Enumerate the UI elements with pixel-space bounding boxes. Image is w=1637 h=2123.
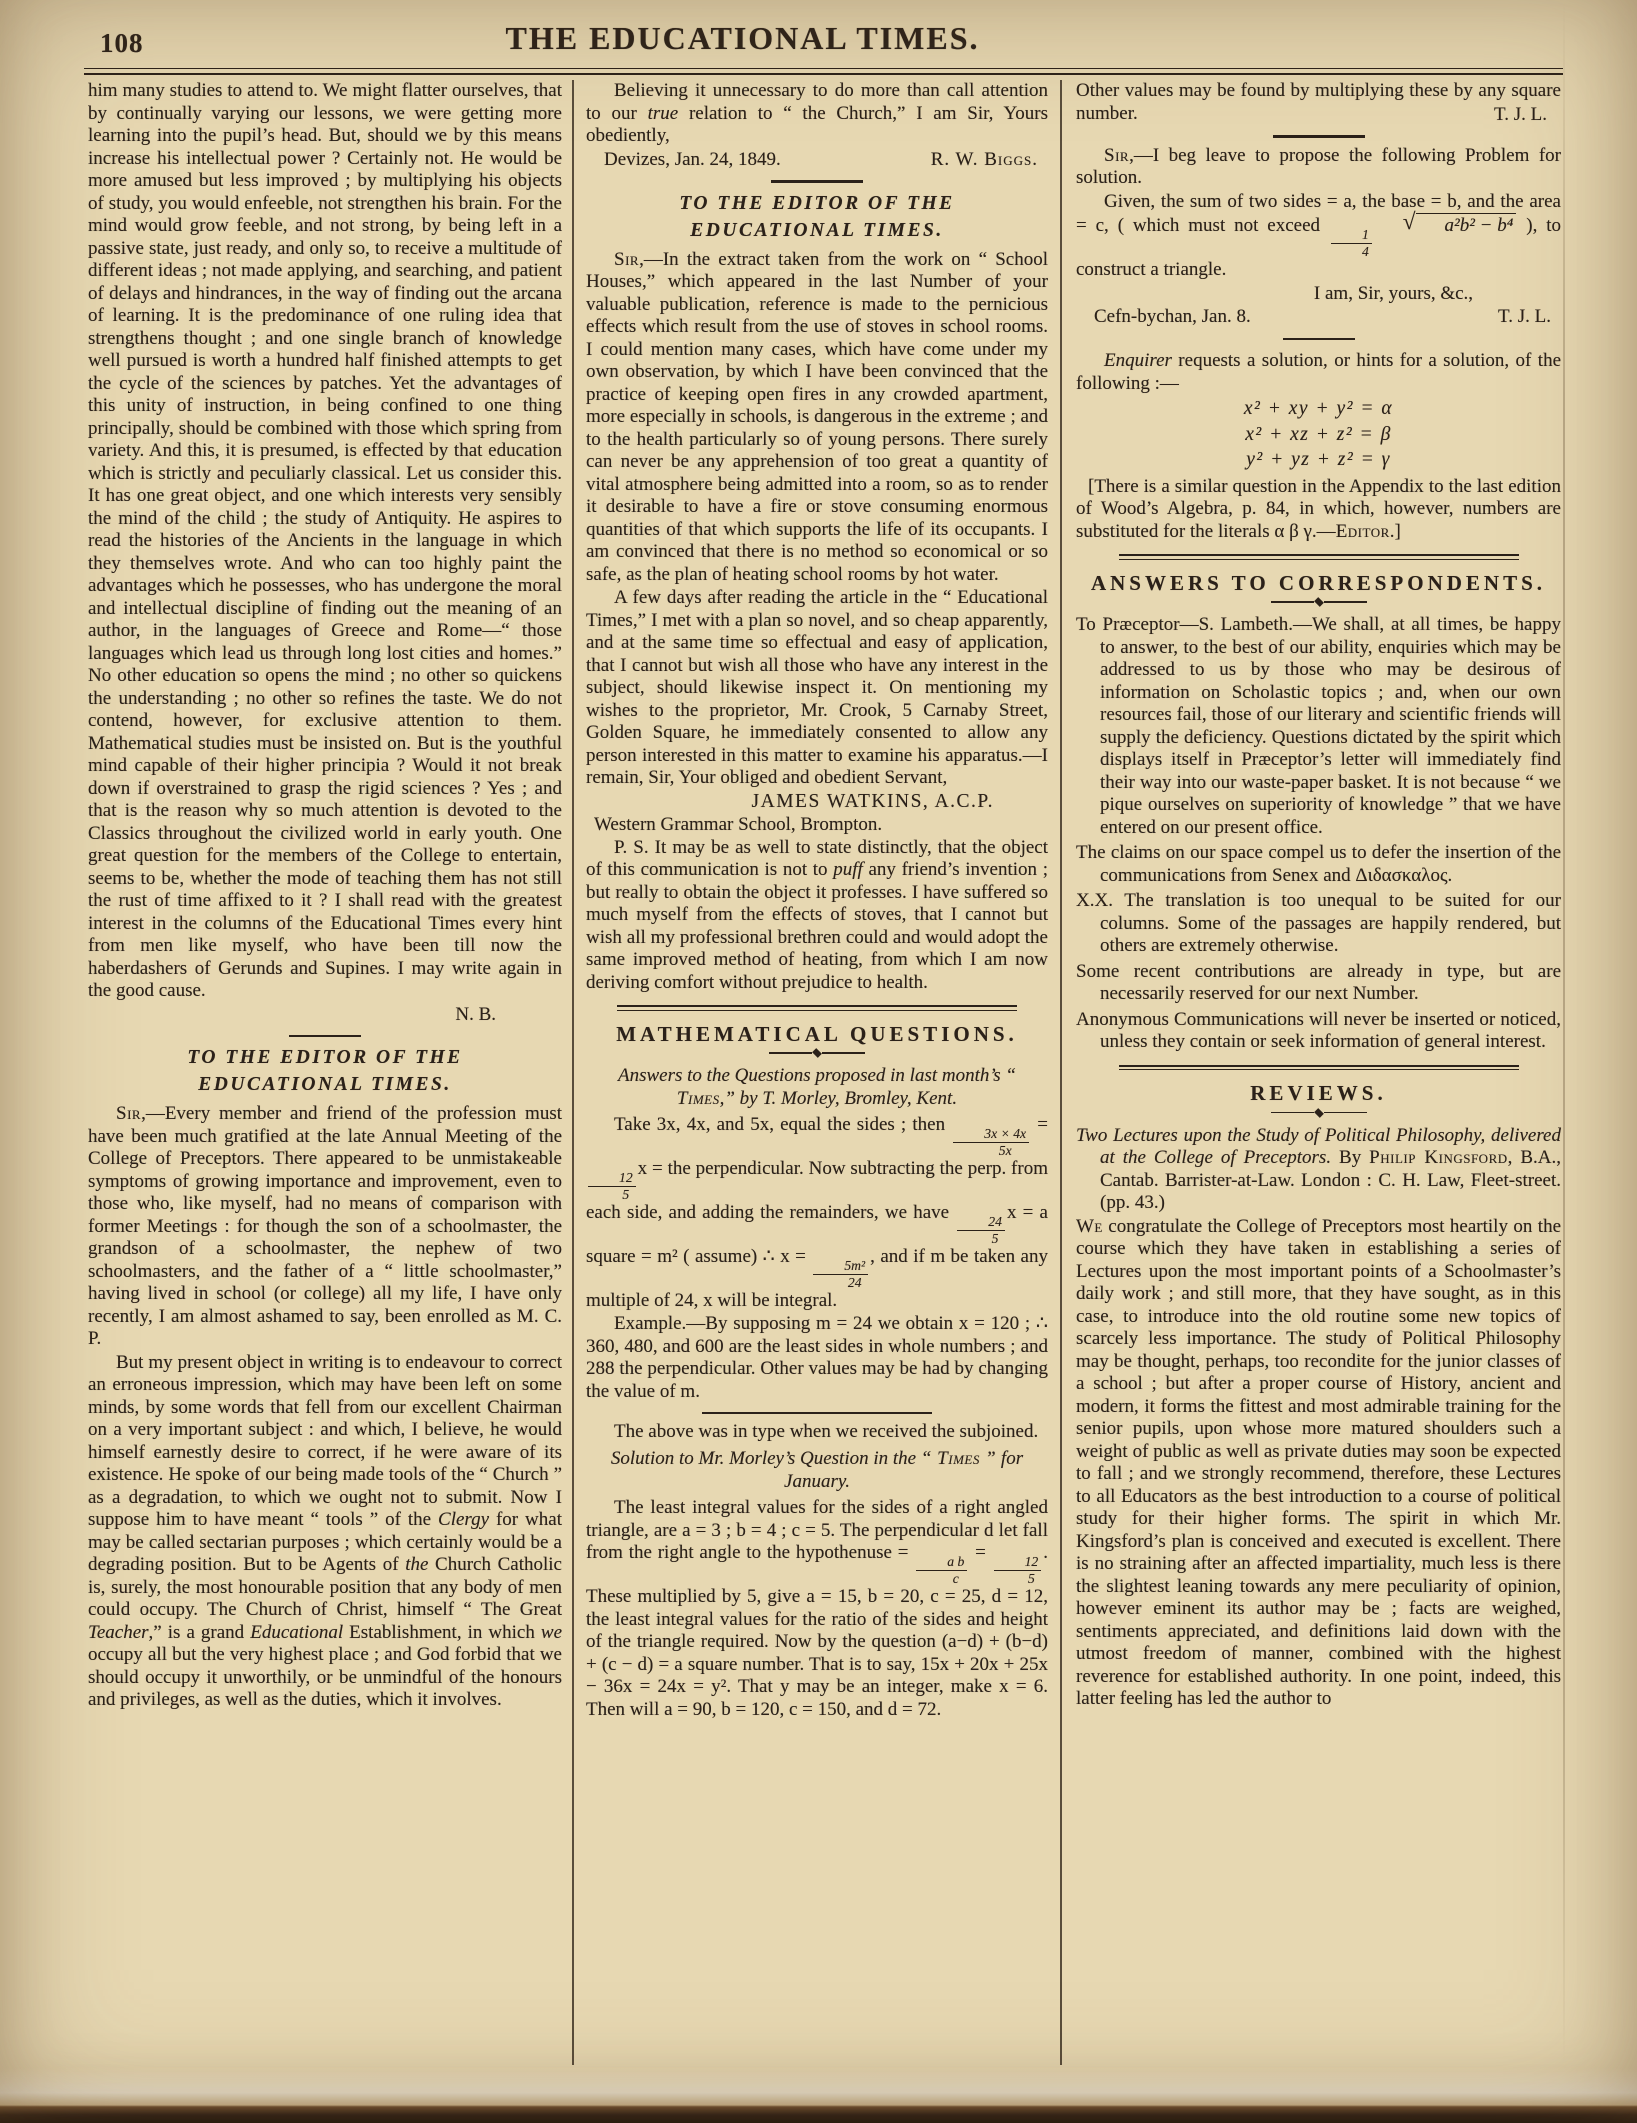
heading-ornament — [769, 1049, 865, 1057]
column-3: Other values may be found by multiplying… — [1062, 80, 1563, 2065]
morley-solution-heading: Solution to Mr. Morley’s Question in the… — [592, 1448, 1042, 1493]
biggs-signature-line: Devizes, Jan. 24, 1849. R. W. Biggs. — [586, 149, 1048, 172]
biggs-letter-closing: Believing it unnecessary to do more than… — [586, 80, 1048, 148]
tjl-signature-2: T. J. L. — [1498, 306, 1561, 329]
diamond-ornament-icon — [1314, 597, 1324, 607]
watkins-letter-paragraph-1: Sir,—In the extract taken from the work … — [586, 249, 1048, 587]
column-divider-2 — [1060, 80, 1062, 2065]
tjl-signature-1: T. J. L. — [1076, 104, 1561, 127]
mq-editorial-note: The above was in type when we received t… — [586, 1421, 1048, 1444]
essay-continuation-paragraph: him many studies to attend to. We might … — [88, 80, 562, 1003]
mq-solution-paragraph: Take 3x, 4x, and 5x, equal the sides ; t… — [586, 1114, 1048, 1312]
double-rule — [1119, 554, 1519, 560]
biggs-dateline: Devizes, Jan. 24, 1849. — [586, 149, 781, 172]
page-edge-crease — [1563, 0, 1565, 2063]
section-rule — [702, 1412, 932, 1414]
mathematical-questions-heading: MATHEMATICAL QUESTIONS. — [586, 1023, 1048, 1046]
correspondent-item: Some recent contributions are already in… — [1076, 961, 1561, 1006]
enquirer-request-paragraph: Enquirer requests a solution, or hints f… — [1076, 350, 1561, 395]
review-body-paragraph: We congratulate the College of Preceptor… — [1076, 1216, 1561, 1711]
editor-letter-heading-col2: TO THE EDITOR OF THE EDUCATIONAL TIMES. — [600, 190, 1034, 244]
correspondent-item: Anonymous Communications will never be i… — [1076, 1009, 1561, 1054]
section-rule — [289, 1035, 361, 1037]
mq-subtitle: Answers to the Questions proposed in las… — [592, 1065, 1042, 1110]
scanned-newspaper-page: 108 THE EDUCATIONAL TIMES. him many stud… — [0, 0, 1637, 2123]
heading-ornament — [1271, 1109, 1367, 1117]
morley-solution-paragraph: The least integral values for the sides … — [586, 1497, 1048, 1721]
page-title: THE EDUCATIONAL TIMES. — [88, 20, 1397, 57]
text-columns: him many studies to attend to. We might … — [88, 80, 1563, 2065]
correspondent-item: To Præceptor—S. Lambeth.—We shall, at al… — [1076, 614, 1561, 839]
editor-bracketed-note: [There is a similar question in the Appe… — [1076, 476, 1561, 544]
tjl-dateline: Cefn-bychan, Jan. 8. — [1076, 306, 1251, 329]
double-rule — [1119, 1065, 1519, 1071]
heading-ornament — [1271, 598, 1367, 606]
enquirer-equation-3: y² + yz + z² = γ — [1076, 449, 1561, 472]
page-bottom-curl — [0, 2068, 1637, 2106]
watkins-letter-paragraph-2: A few days after reading the article in … — [586, 587, 1048, 790]
watkins-postscript: P. S. It may be as well to state distinc… — [586, 837, 1048, 995]
tjl-closing: I am, Sir, yours, &c., — [1076, 283, 1561, 306]
column-divider-1 — [572, 80, 574, 2065]
tjl-signature-line: Cefn-bychan, Jan. 8. T. J. L. — [1076, 306, 1561, 329]
mcp-letter-paragraph-1: Sir,—Every member and friend of the prof… — [88, 1103, 562, 1351]
correspondent-item: X.X. The translation is too unequal to b… — [1076, 890, 1561, 958]
double-thin-rule — [1283, 338, 1355, 341]
answers-to-correspondents-heading: ANSWERS TO CORRESPONDENTS. — [1076, 572, 1561, 595]
enquirer-equation-2: x² + xz + z² = β — [1076, 424, 1561, 447]
double-rule — [617, 1005, 1017, 1011]
masthead: 108 THE EDUCATIONAL TIMES. — [88, 20, 1557, 68]
column-1: him many studies to attend to. We might … — [88, 80, 572, 2065]
correspondent-item: The claims on our space compel us to def… — [1076, 842, 1561, 887]
diamond-ornament-icon — [812, 1048, 822, 1058]
masthead-double-rule — [84, 68, 1563, 75]
column-2: Believing it unnecessary to do more than… — [574, 80, 1060, 2065]
tjl-problem-statement: Given, the sum of two sides = a, the bas… — [1076, 191, 1561, 282]
watkins-school-line: Western Grammar School, Brompton. — [586, 814, 1048, 837]
editor-letter-heading-col1: TO THE EDITOR OF THE EDUCATIONAL TIMES. — [102, 1044, 548, 1098]
enquirer-equation-1: x² + xy + y² = α — [1076, 398, 1561, 421]
biggs-signature: R. W. Biggs. — [931, 149, 1048, 172]
mq-example-paragraph: Example.—By supposing m = 24 we obtain x… — [586, 1313, 1048, 1403]
review-citation: Two Lectures upon the Study of Political… — [1076, 1125, 1561, 1215]
mcp-letter-paragraph-2: But my present object in writing is to e… — [88, 1352, 562, 1712]
book-binding-edge — [0, 2105, 1637, 2123]
nb-signature: N. B. — [88, 1004, 562, 1027]
section-rule — [771, 180, 863, 183]
reviews-heading: REVIEWS. — [1076, 1082, 1561, 1105]
watkins-signature: JAMES WATKINS, A.C.P. — [586, 791, 1048, 814]
section-rule — [1273, 135, 1365, 138]
tjl-problem-intro: Sir,—I beg leave to propose the followin… — [1076, 145, 1561, 190]
diamond-ornament-icon — [1314, 1108, 1324, 1118]
